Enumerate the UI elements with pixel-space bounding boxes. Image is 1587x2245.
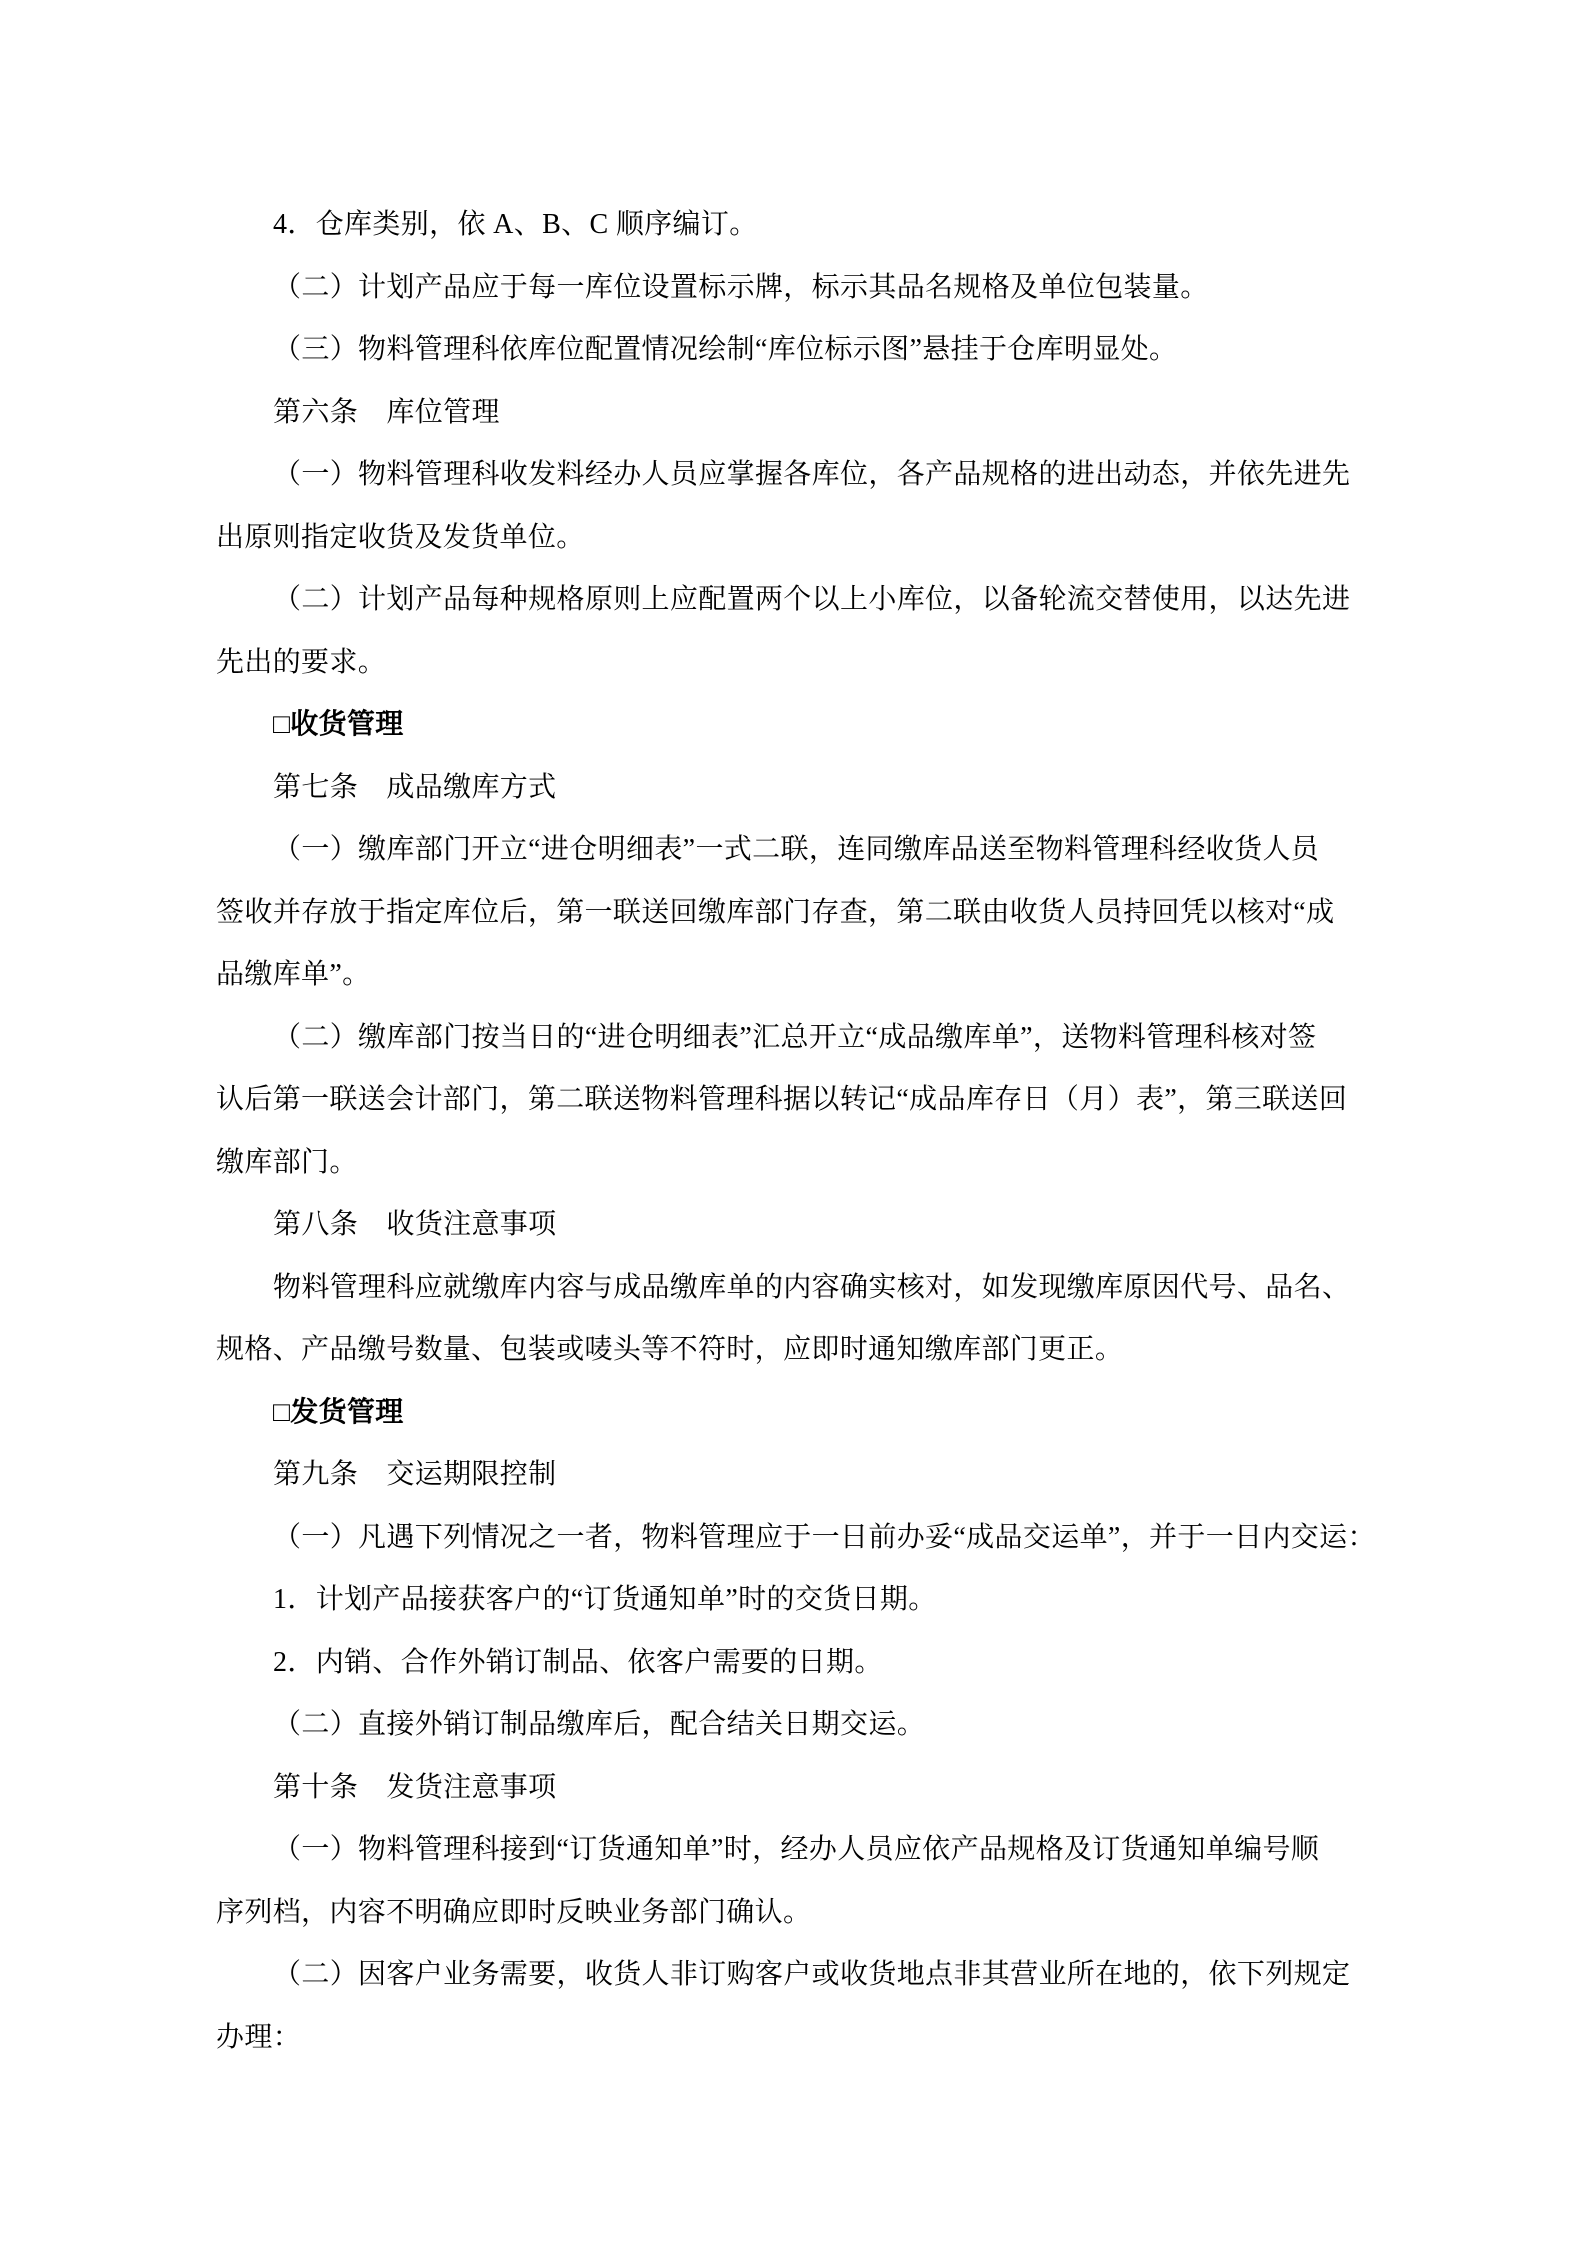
paragraph: 4．仓库类别，依 A、B、C 顺序编订。 <box>216 194 1476 257</box>
paragraph: （二）计划产品应于每一库位设置标示牌，标示其品名规格及单位包装量。 <box>216 257 1476 320</box>
text-line: （二）直接外销订制品缴库后，配合结关日期交运。 <box>216 1694 1476 1757</box>
text-line: （三）物料管理科依库位配置情况绘制“库位标示图”悬挂于仓库明显处。 <box>216 319 1476 382</box>
text-line: 第八条 收货注意事项 <box>216 1194 1476 1257</box>
text-line: 出原则指定收货及发货单位。 <box>216 507 1476 570</box>
paragraph: （一）物料管理科接到“订货通知单”时，经办人员应依产品规格及订货通知单编号顺序列… <box>216 1819 1476 1944</box>
text-line: 签收并存放于指定库位后，第一联送回缴库部门存查，第二联由收货人员持回凭以核对“成 <box>216 882 1476 945</box>
clause-heading: 第八条 收货注意事项 <box>216 1194 1476 1257</box>
text-line: 先出的要求。 <box>216 632 1476 695</box>
text-line: □发货管理 <box>216 1382 1476 1445</box>
paragraph: （一）缴库部门开立“进仓明细表”一式二联，连同缴库品送至物料管理科经收货人员签收… <box>216 819 1476 1007</box>
section-heading: □收货管理 <box>216 694 1476 757</box>
text-line: 第九条 交运期限控制 <box>216 1444 1476 1507</box>
clause-heading: 第九条 交运期限控制 <box>216 1444 1476 1507</box>
text-line: （一）物料管理科收发料经办人员应掌握各库位，各产品规格的进出动态，并依先进先 <box>216 444 1476 507</box>
text-line: 认后第一联送会计部门，第二联送物料管理科据以转记“成品库存日（月）表”，第三联送… <box>216 1069 1476 1132</box>
paragraph: （二）因客户业务需要，收货人非订购客户或收货地点非其营业所在地的，依下列规定办理… <box>216 1944 1476 2069</box>
paragraph: （三）物料管理科依库位配置情况绘制“库位标示图”悬挂于仓库明显处。 <box>216 319 1476 382</box>
text-line: 第七条 成品缴库方式 <box>216 757 1476 820</box>
text-line: 办理： <box>216 2007 1476 2070</box>
document-page: 4．仓库类别，依 A、B、C 顺序编订。（二）计划产品应于每一库位设置标示牌，标… <box>0 0 1587 2245</box>
paragraph: 物料管理科应就缴库内容与成品缴库单的内容确实核对，如发现缴库原因代号、品名、规格… <box>216 1257 1476 1382</box>
text-line: □收货管理 <box>216 694 1476 757</box>
paragraph: （一）物料管理科收发料经办人员应掌握各库位，各产品规格的进出动态，并依先进先出原… <box>216 444 1476 569</box>
section-heading: □发货管理 <box>216 1382 1476 1445</box>
paragraph: （二）计划产品每种规格原则上应配置两个以上小库位，以备轮流交替使用，以达先进先出… <box>216 569 1476 694</box>
paragraph: 1．计划产品接获客户的“订货通知单”时的交货日期。 <box>216 1569 1476 1632</box>
text-line: （一）物料管理科接到“订货通知单”时，经办人员应依产品规格及订货通知单编号顺 <box>216 1819 1476 1882</box>
text-line: （一）缴库部门开立“进仓明细表”一式二联，连同缴库品送至物料管理科经收货人员 <box>216 819 1476 882</box>
text-line: 第十条 发货注意事项 <box>216 1757 1476 1820</box>
paragraph: （二）直接外销订制品缴库后，配合结关日期交运。 <box>216 1694 1476 1757</box>
paragraph: （一）凡遇下列情况之一者，物料管理应于一日前办妥“成品交运单”，并于一日内交运： <box>216 1507 1476 1570</box>
paragraph: 2．内销、合作外销订制品、依客户需要的日期。 <box>216 1632 1476 1695</box>
text-line: （二）计划产品应于每一库位设置标示牌，标示其品名规格及单位包装量。 <box>216 257 1476 320</box>
text-line: 4．仓库类别，依 A、B、C 顺序编订。 <box>216 194 1476 257</box>
text-line: 第六条 库位管理 <box>216 382 1476 445</box>
text-line: 缴库部门。 <box>216 1132 1476 1195</box>
clause-heading: 第七条 成品缴库方式 <box>216 757 1476 820</box>
paragraph: （二）缴库部门按当日的“进仓明细表”汇总开立“成品缴库单”，送物料管理科核对签认… <box>216 1007 1476 1195</box>
text-line: 品缴库单”。 <box>216 944 1476 1007</box>
text-line: 规格、产品缴号数量、包装或唛头等不符时，应即时通知缴库部门更正。 <box>216 1319 1476 1382</box>
text-line: （二）缴库部门按当日的“进仓明细表”汇总开立“成品缴库单”，送物料管理科核对签 <box>216 1007 1476 1070</box>
text-line: （二）计划产品每种规格原则上应配置两个以上小库位，以备轮流交替使用，以达先进 <box>216 569 1476 632</box>
clause-heading: 第十条 发货注意事项 <box>216 1757 1476 1820</box>
text-line: 序列档，内容不明确应即时反映业务部门确认。 <box>216 1882 1476 1945</box>
text-line: 1．计划产品接获客户的“订货通知单”时的交货日期。 <box>216 1569 1476 1632</box>
text-line: （二）因客户业务需要，收货人非订购客户或收货地点非其营业所在地的，依下列规定 <box>216 1944 1476 2007</box>
text-line: （一）凡遇下列情况之一者，物料管理应于一日前办妥“成品交运单”，并于一日内交运： <box>216 1507 1476 1570</box>
clause-heading: 第六条 库位管理 <box>216 382 1476 445</box>
text-line: 物料管理科应就缴库内容与成品缴库单的内容确实核对，如发现缴库原因代号、品名、 <box>216 1257 1476 1320</box>
text-line: 2．内销、合作外销订制品、依客户需要的日期。 <box>216 1632 1476 1695</box>
document-body: 4．仓库类别，依 A、B、C 顺序编订。（二）计划产品应于每一库位设置标示牌，标… <box>216 194 1476 2069</box>
